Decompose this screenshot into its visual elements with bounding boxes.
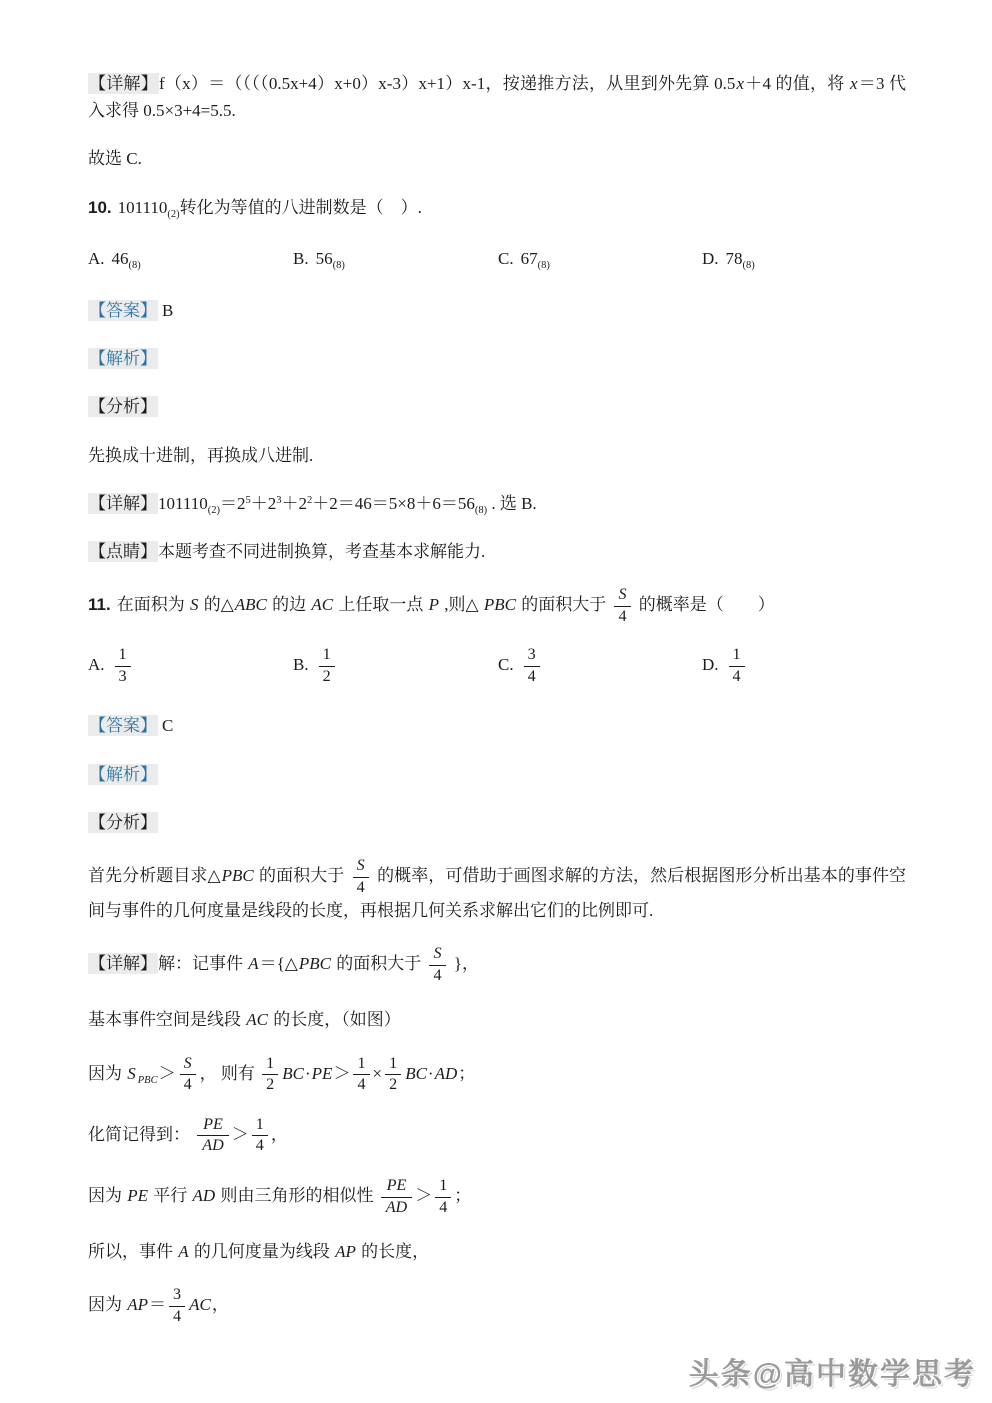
answer-tag: 【答案】 <box>88 715 158 736</box>
q11-detail-line-6: 所以，事件 A 的几何度量为线段 AP 的长度， <box>88 1238 906 1265</box>
fraction: 12 <box>385 1055 401 1095</box>
q9-detail-text: f（x）＝（（（（0.5x+4）x+0）x-3）x+1）x-1，按递推方法，从里… <box>88 74 906 120</box>
option-value: 78(8) <box>726 249 755 268</box>
q11-detail-line-5: 因为 PE 平行 AD 则由三角形的相似性 PEAD＞14； <box>88 1177 906 1217</box>
fraction: 34 <box>169 1286 185 1326</box>
q11-stem: 11.在面积为 S 的△ABC 的边 AC 上任取一点 P ,则△ PBC 的面… <box>88 586 906 626</box>
q10-number: 10. <box>88 198 112 217</box>
q10-option-a: A.46(8) <box>88 245 293 272</box>
option-value: 34 <box>521 655 543 674</box>
dianjing-tag: 【点睛】 <box>88 541 158 562</box>
fraction: PEAD <box>381 1177 413 1217</box>
watermark: 头条@高中数学思考 <box>689 1349 976 1393</box>
fraction: 12 <box>319 646 335 686</box>
q10-stem: 10.101110(2)转化为等值的八进制数是（ ）. <box>88 194 906 221</box>
q11-detail-line-7: 因为 AP＝34AC， <box>88 1286 906 1326</box>
fraction: S4 <box>352 857 370 897</box>
q10-fenxi-line: 【分析】 <box>88 393 906 420</box>
option-letter: C. <box>498 655 514 674</box>
option-letter: C. <box>498 249 514 268</box>
q10-answer-line: 【答案】B <box>88 297 906 324</box>
fenxi-tag: 【分析】 <box>88 812 158 833</box>
q9-conclusion: 故选 C. <box>88 145 906 172</box>
option-value: 56(8) <box>316 249 345 268</box>
fraction: 12 <box>262 1055 278 1095</box>
fraction: 34 <box>524 646 540 686</box>
option-value: 14 <box>726 655 748 674</box>
option-letter: D. <box>702 249 719 268</box>
q11-number: 11. <box>88 595 111 614</box>
q11-detail-line-1: 【详解】解：记事件 A＝{△PBC 的面积大于 S4 }， <box>88 945 906 985</box>
option-letter: D. <box>702 655 719 674</box>
fenxi-tag: 【分析】 <box>88 396 158 417</box>
fraction: 13 <box>115 646 131 686</box>
q11-options: A.13 B.12 C.34 D.14 <box>88 646 906 686</box>
fraction: 14 <box>435 1177 451 1217</box>
detail-tag: 【详解】 <box>88 73 159 94</box>
exam-document-page: 【详解】f（x）＝（（（（0.5x+4）x+0）x-3）x+1）x-1，按递推方… <box>0 0 992 1326</box>
q10-options: A.46(8) B.56(8) C.67(8) D.78(8) <box>88 245 906 272</box>
option-value: 13 <box>112 655 134 674</box>
q11-detail-line-2: 基本事件空间是线段 AC 的长度，（如图） <box>88 1006 906 1033</box>
option-letter: A. <box>88 249 105 268</box>
q11-answer-line: 【答案】C <box>88 712 906 739</box>
q11-stem-text: 在面积为 S 的△ABC 的边 AC 上任取一点 P ,则△ PBC 的面积大于… <box>117 595 775 614</box>
q11-detail-text-1: 解：记事件 A＝{△PBC 的面积大于 S4 }， <box>158 954 479 973</box>
q10-note-text: 本题考查不同进制换算，考查基本求解能力. <box>158 542 485 561</box>
q11-answer-letter: C <box>162 716 173 735</box>
option-value: 67(8) <box>521 249 550 268</box>
q10-answer-letter: B <box>162 301 173 320</box>
q10-note-line: 【点睛】本题考查不同进制换算，考查基本求解能力. <box>88 538 906 565</box>
option-letter: B. <box>293 249 309 268</box>
option-value: 46(8) <box>112 249 141 268</box>
fraction: S4 <box>428 945 446 985</box>
fraction: 14 <box>729 646 745 686</box>
q10-detail-line: 【详解】101110(2)＝25＋23＋22＋2＝46＝5×8＋6＝56(8) … <box>88 490 906 517</box>
jiexi-tag: 【解析】 <box>88 348 158 369</box>
jiexi-tag: 【解析】 <box>88 764 158 785</box>
q11-option-d: D.14 <box>702 646 906 686</box>
option-value: 12 <box>316 655 338 674</box>
option-letter: B. <box>293 655 309 674</box>
detail-tag: 【详解】 <box>88 493 158 514</box>
q9-detail-paragraph: 【详解】f（x）＝（（（（0.5x+4）x+0）x-3）x+1）x-1，按递推方… <box>88 70 906 124</box>
q11-detail-line-3: 因为 SPBC＞S4， 则有 12BC·PE＞14×12BC·AD； <box>88 1055 906 1095</box>
detail-tag: 【详解】 <box>88 953 158 974</box>
q11-analysis: 首先分析题目求△PBC 的面积大于 S4 的概率，可借助于画图求解的方法，然后根… <box>88 857 906 924</box>
fraction: PEAD <box>197 1116 229 1156</box>
q11-fenxi-line: 【分析】 <box>88 809 906 836</box>
fraction: S4 <box>613 586 631 626</box>
q10-detail-equation: 101110(2)＝25＋23＋22＋2＝46＝5×8＋6＝56(8) . 选 … <box>158 494 537 513</box>
q11-option-c: C.34 <box>498 646 702 686</box>
q10-option-d: D.78(8) <box>702 245 906 272</box>
q10-option-b: B.56(8) <box>293 245 498 272</box>
q11-option-a: A.13 <box>88 646 293 686</box>
q11-option-b: B.12 <box>293 646 498 686</box>
q10-stem-text: 101110(2)转化为等值的八进制数是（ ）. <box>118 198 422 217</box>
fraction: 14 <box>353 1055 369 1095</box>
q11-detail-line-4: 化简记得到： PEAD＞14， <box>88 1116 906 1156</box>
answer-tag: 【答案】 <box>88 300 158 321</box>
fraction: 14 <box>252 1116 268 1156</box>
q11-jiexi-line: 【解析】 <box>88 761 906 788</box>
q10-analysis: 先换成十进制，再换成八进制. <box>88 442 906 469</box>
fraction: S4 <box>179 1055 197 1095</box>
option-letter: A. <box>88 655 105 674</box>
q10-option-c: C.67(8) <box>498 245 702 272</box>
q10-jiexi-line: 【解析】 <box>88 345 906 372</box>
